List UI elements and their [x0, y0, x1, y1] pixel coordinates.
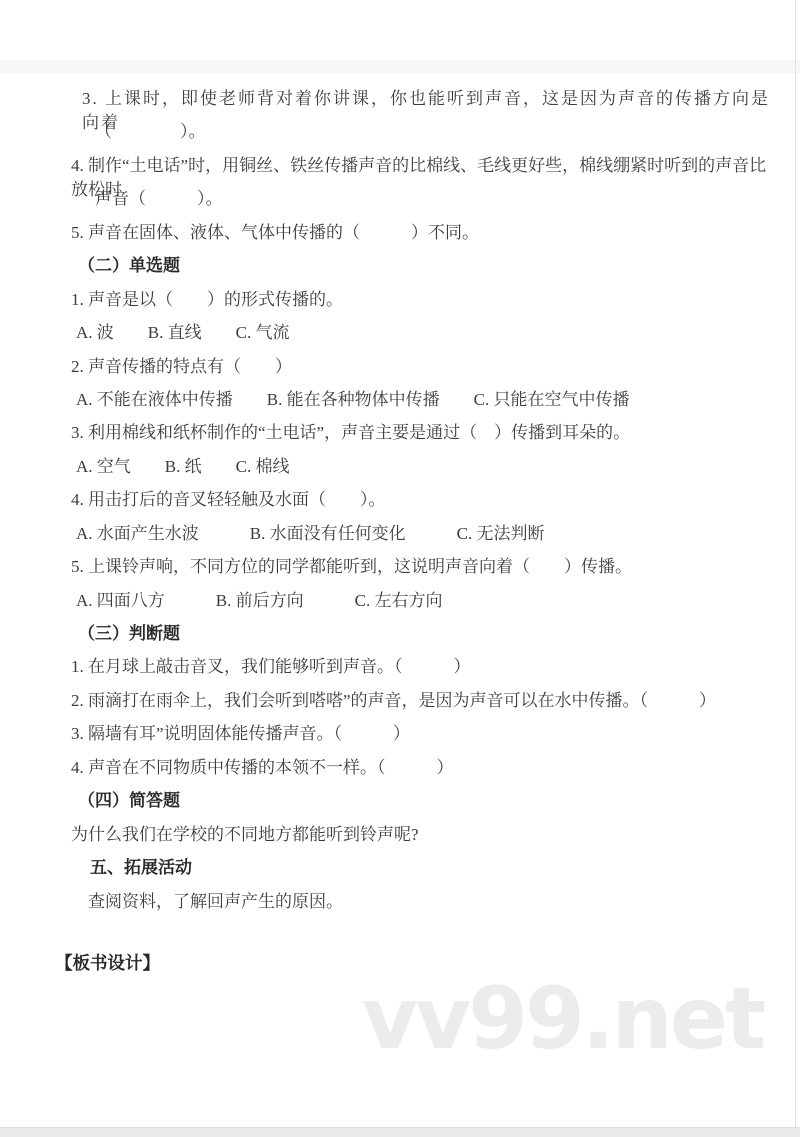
document-line: 4. 用击打后的音叉轻轻触及水面（ ）。	[71, 488, 772, 521]
document-line: 1. 声音是以（ ）的形式传播的。	[71, 288, 772, 321]
document-content: 3. 上课时，即使老师背对着你讲课，你也能听到声音，这是因为声音的传播方向是向着…	[66, 87, 772, 923]
document-line: （ ）。	[95, 120, 772, 153]
document-page: 3. 上课时，即使老师背对着你讲课，你也能听到声音，这是因为声音的传播方向是向着…	[0, 0, 800, 1137]
document-line: 3. 上课时，即使老师背对着你讲课，你也能听到声音，这是因为声音的传播方向是向着	[82, 87, 772, 120]
document-line: 声音（ ）。	[95, 187, 772, 220]
page-separator-bottom	[0, 1127, 800, 1137]
board-design-heading: 【板书设计】	[55, 951, 160, 975]
document-line: （三）判断题	[78, 622, 772, 655]
document-line: （四）简答题	[78, 789, 772, 822]
document-line: A. 不能在液体中传播 B. 能在各种物体中传播 C. 只能在空气中传播	[76, 388, 772, 421]
document-line: 5. 声音在固体、液体、气体中传播的（ ）不同。	[71, 221, 772, 254]
page-right-edge	[795, 0, 796, 1137]
document-line: 2. 雨滴打在雨伞上，我们会听到嗒嗒”的声音，是因为声音可以在水中传播。（ ）	[71, 689, 772, 722]
page-separator-top	[0, 60, 800, 73]
document-line: 1. 在月球上敲击音叉，我们能够听到声音。（ ）	[71, 655, 772, 688]
document-line: 3. 利用棉线和纸杯制作的“土电话”，声音主要是通过（ ）传播到耳朵的。	[71, 421, 772, 454]
document-line: A. 空气 B. 纸 C. 棉线	[76, 455, 772, 488]
document-line: 3. 隔墙有耳”说明固体能传播声音。（ ）	[71, 722, 772, 755]
document-line: （二）单选题	[78, 254, 772, 287]
document-line: 为什么我们在学校的不同地方都能听到铃声呢?	[71, 823, 772, 856]
document-line: A. 水面产生水波 B. 水面没有任何变化 C. 无法判断	[76, 522, 772, 555]
document-line: 五、拓展活动	[90, 856, 772, 889]
document-line: 5. 上课铃声响，不同方位的同学都能听到，这说明声音向着（ ）传播。	[71, 555, 772, 588]
document-line: 2. 声音传播的特点有（ ）	[71, 355, 772, 388]
watermark: vv99.net	[362, 976, 763, 1062]
document-line: 4. 制作“土电话”时，用铜丝、铁丝传播声音的比棉线、毛线更好些，棉线绷紧时听到…	[71, 154, 772, 187]
document-line: 4. 声音在不同物质中传播的本领不一样。（ ）	[71, 756, 772, 789]
document-line: A. 波 B. 直线 C. 气流	[76, 321, 772, 354]
document-line: 查阅资料，了解回声产生的原因。	[88, 890, 772, 923]
document-line: A. 四面八方 B. 前后方向 C. 左右方向	[76, 589, 772, 622]
